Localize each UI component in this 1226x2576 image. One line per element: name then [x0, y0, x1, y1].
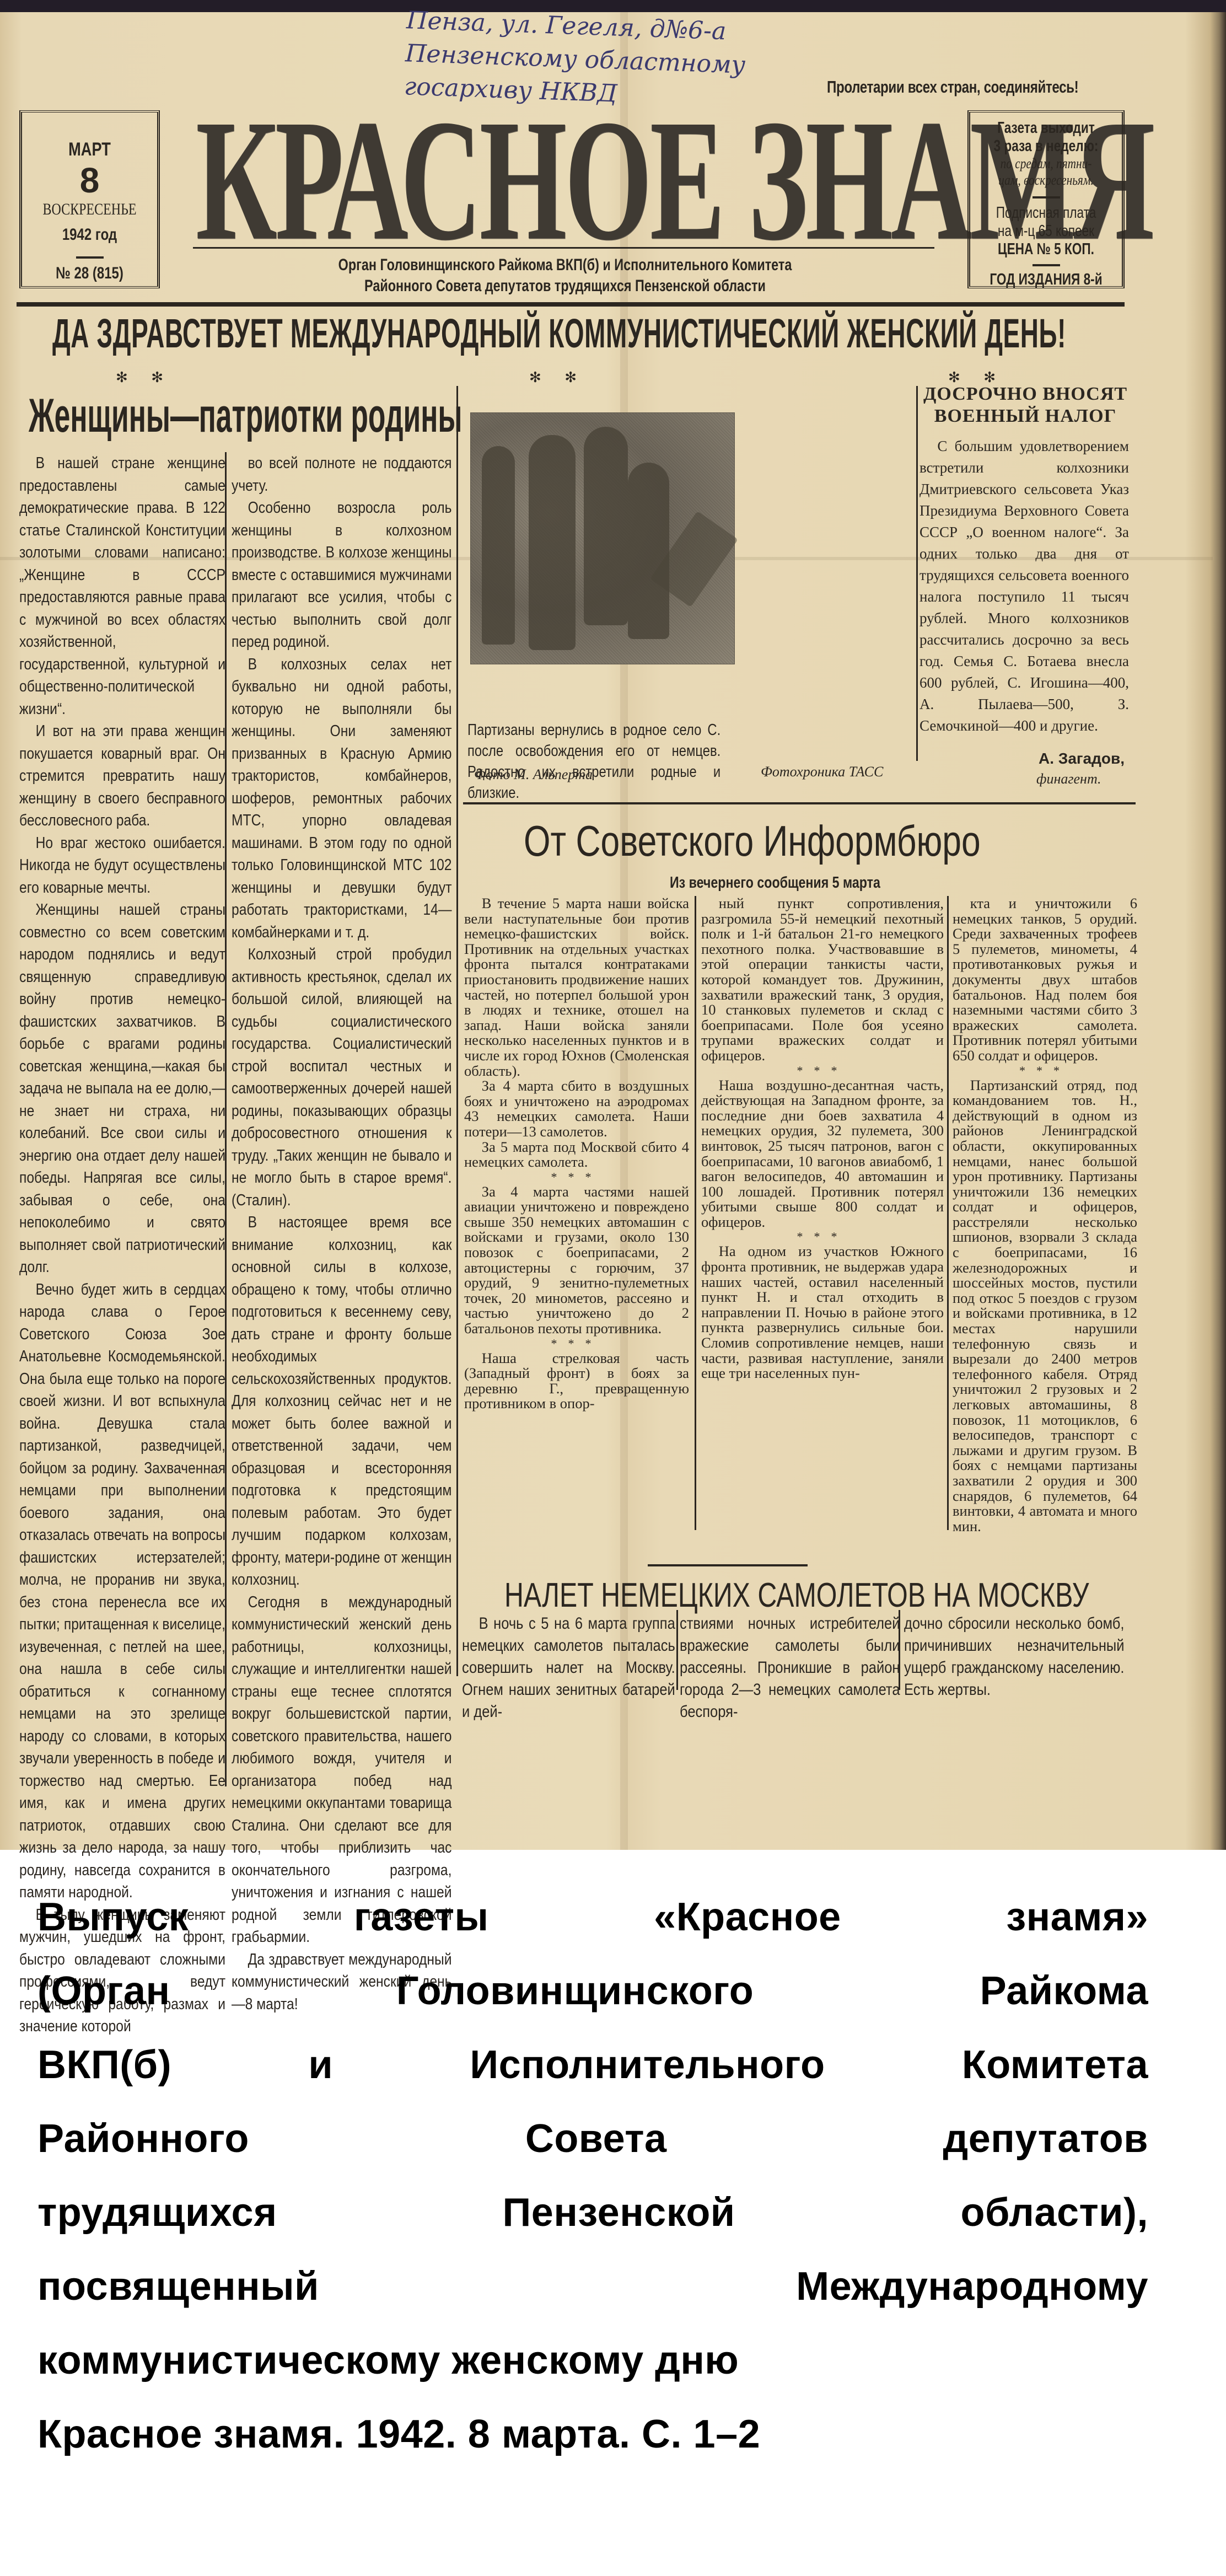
- paragraph: Наша стрелковая часть (Западный фронт) в…: [464, 1351, 689, 1412]
- paragraph: За 4 марта частями нашей авиации уничтож…: [464, 1184, 689, 1337]
- paragraph: дочно сбросили несколько бомб, причинивш…: [904, 1613, 1125, 1701]
- paragraph: ствиями ночных истребителей вражеские са…: [680, 1613, 900, 1723]
- caption-citation: Красное знамя. 1942. 8 марта. С. 1–2: [37, 2397, 1148, 2471]
- divider: [1033, 196, 1060, 198]
- photo-figure: [628, 463, 669, 639]
- document-caption: Выпуск газеты «Красное знамя» (Орган Гол…: [37, 1880, 1148, 2471]
- tax-article-author-role: финагент.: [1036, 771, 1101, 787]
- paragraph: В ночь с 5 на 6 марта группа немецких са…: [462, 1613, 675, 1723]
- issue-number: № 28 (815): [36, 264, 144, 283]
- caption-line: (Орган Головинщинского Райкома: [37, 1954, 1148, 2028]
- photo-figure: [584, 427, 628, 625]
- informburo-col3: кта и уничтожили 6 немецких танков, 5 ор…: [953, 896, 1137, 1534]
- ornament-stars: ✻ ✻: [116, 369, 173, 386]
- column-rule: [899, 1610, 900, 1690]
- raid-article-col3: дочно сбросили несколько бомб, причинивш…: [904, 1613, 1125, 1701]
- section-rule: [648, 1564, 808, 1566]
- caption-line: Районного Совета депутатов: [37, 2102, 1148, 2176]
- column-rule: [456, 386, 458, 1676]
- tax-article-body: С большим удовлетворением встретили колх…: [919, 436, 1129, 737]
- column-rule: [676, 1610, 678, 1690]
- paragraph: В колхозных селах нет буквально ни одной…: [232, 653, 452, 944]
- paragraph: кта и уничтожили 6 немецких танков, 5 ор…: [953, 896, 1137, 1064]
- photo-figure: [529, 435, 576, 650]
- column-rule: [916, 386, 918, 761]
- organ-line: Орган Головинщинского Райкома ВКП(б) и И…: [331, 255, 799, 276]
- informburo-col2: ный пункт сопротивления, разгромила 55-й…: [701, 896, 944, 1381]
- informburo-col1: В течение 5 марта наши войска вели насту…: [464, 896, 689, 1412]
- divider: [1033, 264, 1060, 266]
- lead-article-title: Женщины—патриотки родины: [29, 389, 462, 443]
- publication-info-box: Газета выходит 3 раза в неделю: по среда…: [967, 110, 1125, 288]
- paragraph: ный пункт сопротивления, разгромила 55-й…: [701, 896, 944, 1064]
- photo-caption: Партизаны вернулись в родное село С. пос…: [467, 720, 720, 803]
- info-line: 3 раза в неделю:: [987, 137, 1105, 155]
- informburo-subtitle: Из вечернего сообщения 5 марта: [670, 874, 880, 892]
- paragraph: Партизанский отряд, под командованием то…: [953, 1078, 1137, 1534]
- info-line: по средам, пятни-: [984, 155, 1109, 172]
- info-line: Газета выходит: [987, 119, 1105, 137]
- informburo-title: От Советского Информбюро: [524, 816, 981, 866]
- subscription-line: на м-ц 65 копеек: [987, 222, 1105, 240]
- column-rule: [225, 452, 227, 1786]
- divider: [76, 256, 104, 259]
- caption-line: посвященный Международному: [37, 2250, 1148, 2323]
- subscription-line: Подписная плата: [987, 204, 1105, 222]
- caption-line: ВКП(б) и Исполнительного Комитета: [37, 2028, 1148, 2102]
- masthead-underline: [193, 247, 934, 249]
- main-headline: ДА ЗДРАВСТВУЕТ МЕЖДУНАРОДНЫЙ КОММУНИСТИЧ…: [52, 310, 1066, 357]
- photo-agency: Фотохроника ТАСС: [761, 764, 883, 780]
- raid-article-title: НАЛЕТ НЕМЕЦКИХ САМОЛЕТОВ НА МОСКВУ: [504, 1576, 1089, 1615]
- date-box: МАРТ 8 ВОСКРЕСЕНЬЕ 1942 год № 28 (815): [19, 110, 160, 288]
- lead-article-col1: В нашей стране женщине предоставлены сам…: [19, 452, 225, 2038]
- paragraph: Женщины нашей страны совместно со всем с…: [19, 899, 225, 1279]
- title-line: ДОСРОЧНО ВНОСЯТ: [921, 383, 1130, 405]
- date-weekday: ВОСКРЕСЕНЬЕ: [36, 200, 144, 219]
- photo-partisans: [470, 412, 735, 664]
- organ-line: Районного Совета депутатов трудящихся Пе…: [331, 276, 799, 297]
- date-month: МАРТ: [36, 139, 144, 160]
- paragraph: во всей полноте не поддаются учету.: [232, 452, 452, 497]
- paragraph: В течение 5 марта наши войска вели насту…: [464, 896, 689, 1078]
- column-rule: [695, 896, 696, 1530]
- paragraph: За 4 марта сбито в воздушных боях и унич…: [464, 1078, 689, 1139]
- masthead-organ: Орган Головинщинского Райкома ВКП(б) и И…: [331, 255, 799, 297]
- tax-article-author: А. Загадов,: [937, 750, 1125, 768]
- paragraph: На одном из участков Южного фронта проти…: [701, 1244, 944, 1381]
- star-separator: ***: [464, 1337, 689, 1351]
- paragraph: Вечно будет жить в сердцах народа слава …: [19, 1279, 225, 1904]
- masthead-rule: [17, 302, 1125, 307]
- paragraph: Особенно возросла роль женщины в колхозн…: [232, 497, 452, 653]
- paragraph: С большим удовлетворением встретили колх…: [919, 436, 1129, 737]
- paragraph: В нашей стране женщине предоставлены сам…: [19, 452, 225, 720]
- info-line: цам, воскресеньям.: [984, 172, 1109, 189]
- raid-article-col1: В ночь с 5 на 6 марта группа немецких са…: [462, 1613, 675, 1723]
- archive-binding-edge: [0, 0, 1226, 12]
- price: ЦЕНА № 5 КОП.: [987, 240, 1105, 259]
- date-year: 1942 год: [36, 226, 144, 244]
- raid-article-col2: ствиями ночных истребителей вражеские са…: [680, 1613, 900, 1723]
- caption-line: Выпуск газеты «Красное знамя»: [37, 1880, 1148, 1954]
- photo-figure: [482, 446, 515, 645]
- caption-line: трудящихся Пензенской области),: [37, 2176, 1148, 2250]
- paragraph: Колхозный строй пробудил активность крес…: [232, 943, 452, 1211]
- star-separator: ***: [953, 1064, 1137, 1078]
- paragraph: Но враг жестоко ошибается. Никогда не бу…: [19, 832, 225, 899]
- star-separator: ***: [464, 1170, 689, 1184]
- caption-line: коммунистическому женскому дню: [37, 2323, 1148, 2397]
- star-separator: ***: [701, 1064, 944, 1078]
- ornament-stars: ✻ ✻: [529, 369, 587, 386]
- photo-credit: Фото М. Альперта: [474, 766, 593, 783]
- column-rule: [947, 896, 949, 1530]
- paragraph: И вот на эти права женщин покушается ков…: [19, 720, 225, 832]
- paragraph: В настоящее время все внимание колхозниц…: [232, 1211, 452, 1591]
- tax-article-title: ДОСРОЧНО ВНОСЯТ ВОЕННЫЙ НАЛОГ: [921, 383, 1130, 427]
- year-of-issue: ГОД ИЗДАНИЯ 8-й: [987, 271, 1105, 289]
- date-day: 8: [22, 160, 157, 200]
- star-separator: ***: [701, 1230, 944, 1244]
- section-rule: [463, 802, 1136, 804]
- paragraph: За 5 марта под Москвой сбито 4 немецких …: [464, 1140, 689, 1170]
- title-line: ВОЕННЫЙ НАЛОГ: [921, 405, 1130, 427]
- paragraph: Наша воздушно-десантная часть, действующ…: [701, 1078, 944, 1230]
- lead-article-col2: во всей полноте не поддаются учету. Особ…: [232, 452, 452, 2015]
